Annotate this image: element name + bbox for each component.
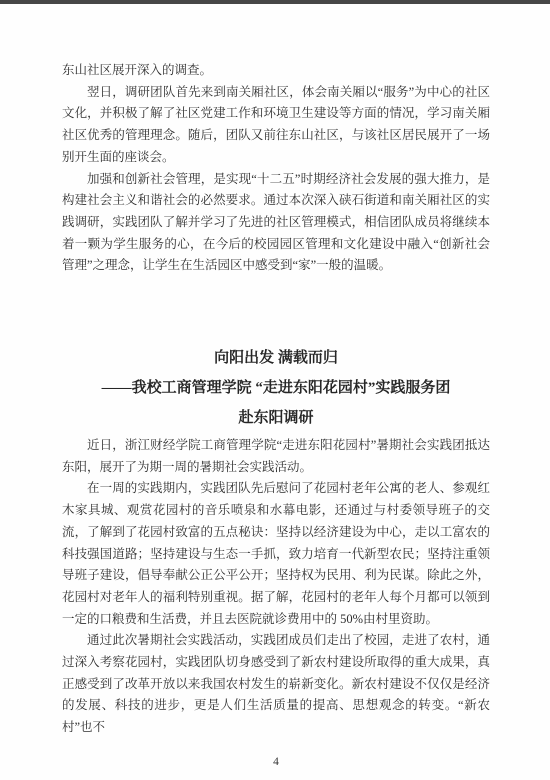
document-page: 东山社区展开深入的调查。 翌日，调研团队首先来到南关厢社区，体会南关厢以“服务”… [0,0,550,780]
article-title: 向阳出发 满载而归 [62,343,490,373]
page-number: 4 [62,755,490,769]
body-paragraph: 在一周的实践期内，实践团队先后慰问了花园村老年公寓的老人、参观红木家具城、观赏花… [62,478,490,630]
body-paragraph: 东山社区展开深入的调查。 [62,60,490,82]
body-paragraph: 近日，浙江财经学院工商管理学院“走进东阳花园村”暑期社会实践团抵达东阳，展开了为… [62,435,490,478]
body-paragraph: 翌日，调研团队首先来到南关厢社区，体会南关厢以“服务”为中心的社区文化，并积极了… [62,82,490,169]
article-subtitle: ——我校工商管理学院 “走进东阳花园村”实践服务团 [62,373,490,403]
article-heading: 向阳出发 满载而归 ——我校工商管理学院 “走进东阳花园村”实践服务团 赴东阳调… [62,343,490,433]
body-paragraph: 通过此次暑期社会实践活动，实践团成员们走出了校园，走进了农村，通过深入考察花园村… [62,630,490,739]
body-paragraph: 加强和创新社会管理，是实现“十二五”时期经济社会发展的强大推力，是构建社会主义和… [62,169,490,278]
page-content: 东山社区展开深入的调查。 翌日，调研团队首先来到南关厢社区，体会南关厢以“服务”… [0,4,550,769]
article-subtitle-2: 赴东阳调研 [62,403,490,433]
